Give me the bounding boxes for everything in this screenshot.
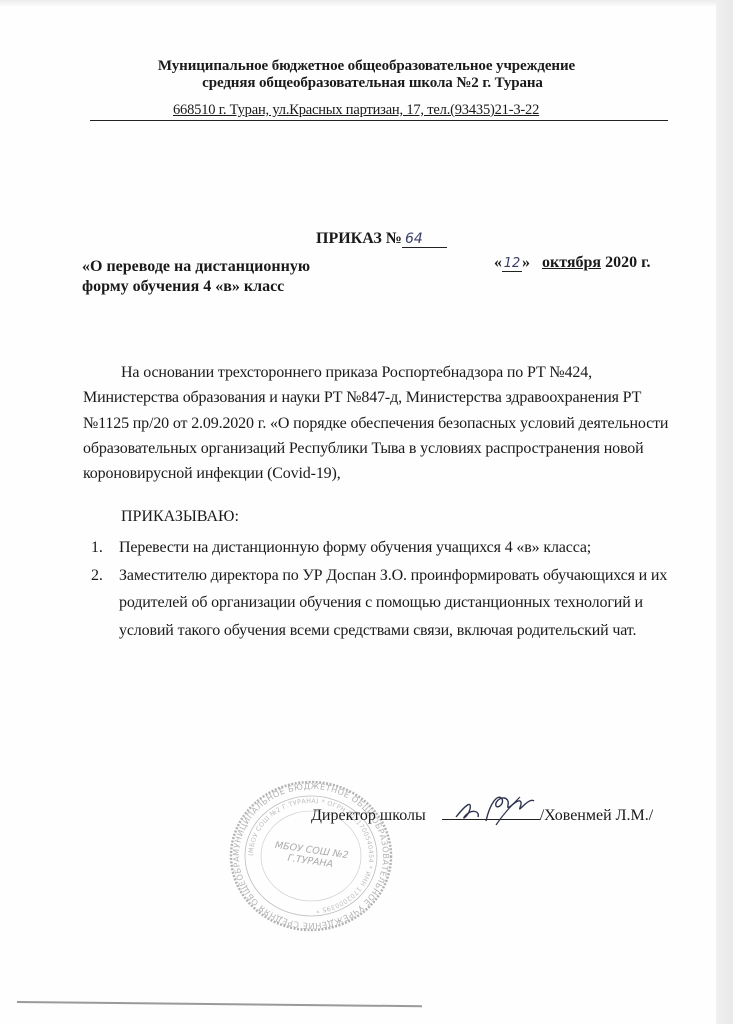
- order-items-list: 1. Перевести на дистанционную форму обуч…: [91, 534, 681, 644]
- stamp-center-text: МБОУ СОШ №2 Г.ТУРАНА: [217, 767, 405, 945]
- scan-top-edge: [0, 0, 716, 6]
- signatory-name: /Ховенмей Л.М./: [540, 807, 653, 824]
- date-open-quote: «: [494, 254, 502, 271]
- order-date: «12» октября 2020 г.: [494, 254, 651, 272]
- org-name-line2: средняя общеобразовательная школа №2 г. …: [12, 75, 733, 92]
- signatory-position: Директор школы: [311, 807, 426, 824]
- order-title: ПРИКАЗ №64: [316, 230, 447, 248]
- document-page: Муниципальное бюджетное общеобразователь…: [0, 0, 733, 1024]
- item-text: Заместителю директора по УР Доспан З.О. …: [119, 567, 667, 639]
- order-item: 1. Перевести на дистанционную форму обуч…: [91, 534, 681, 562]
- subject-line2: форму обучения 4 «в» класс: [82, 277, 362, 297]
- order-subject: «О переводе на дистанционную форму обуче…: [82, 257, 362, 297]
- handwritten-signature-icon: [450, 791, 540, 827]
- official-stamp: МУНИЦИПАЛЬНОЕ БЮДЖЕТНОЕ ОБЩЕОБРАЗОВАТЕЛЬ…: [227, 778, 395, 934]
- org-name-line1: Муниципальное бюджетное общеобразователь…: [0, 58, 733, 75]
- signature-line: [442, 803, 540, 820]
- signature-block: Директор школы /Ховенмей Л.М./: [311, 803, 653, 825]
- letterhead: Муниципальное бюджетное общеобразователь…: [0, 58, 733, 92]
- subject-line1: «О переводе на дистанционную: [82, 257, 362, 277]
- order-item: 2. Заместителю директора по УР Доспан З.…: [91, 562, 681, 645]
- order-number-handwritten: 64: [402, 231, 447, 248]
- date-close-quote: »: [522, 254, 530, 271]
- date-year: 2020 г.: [605, 254, 650, 271]
- order-body: На основании трехстороннего приказа Росп…: [83, 360, 683, 486]
- org-address: 668510 г. Туран, ул.Красных партизан, 17…: [173, 102, 539, 119]
- item-number: 2.: [91, 562, 103, 590]
- scan-bottom-edge: [17, 1001, 422, 1007]
- scan-right-edge: [716, 0, 733, 1024]
- address-row: 668510 г. Туран, ул.Красных партизан, 17…: [90, 100, 668, 120]
- order-title-label: ПРИКАЗ №: [316, 230, 402, 247]
- letterhead-rule: [90, 120, 668, 121]
- directive-heading: ПРИКАЗЫВАЮ:: [121, 508, 239, 526]
- date-month: октября: [542, 254, 601, 271]
- item-text: Перевести на дистанционную форму обучени…: [119, 539, 591, 556]
- basis-paragraph: На основании трехстороннего приказа Росп…: [83, 360, 683, 486]
- date-day-handwritten: 12: [502, 256, 522, 272]
- item-number: 1.: [91, 534, 103, 562]
